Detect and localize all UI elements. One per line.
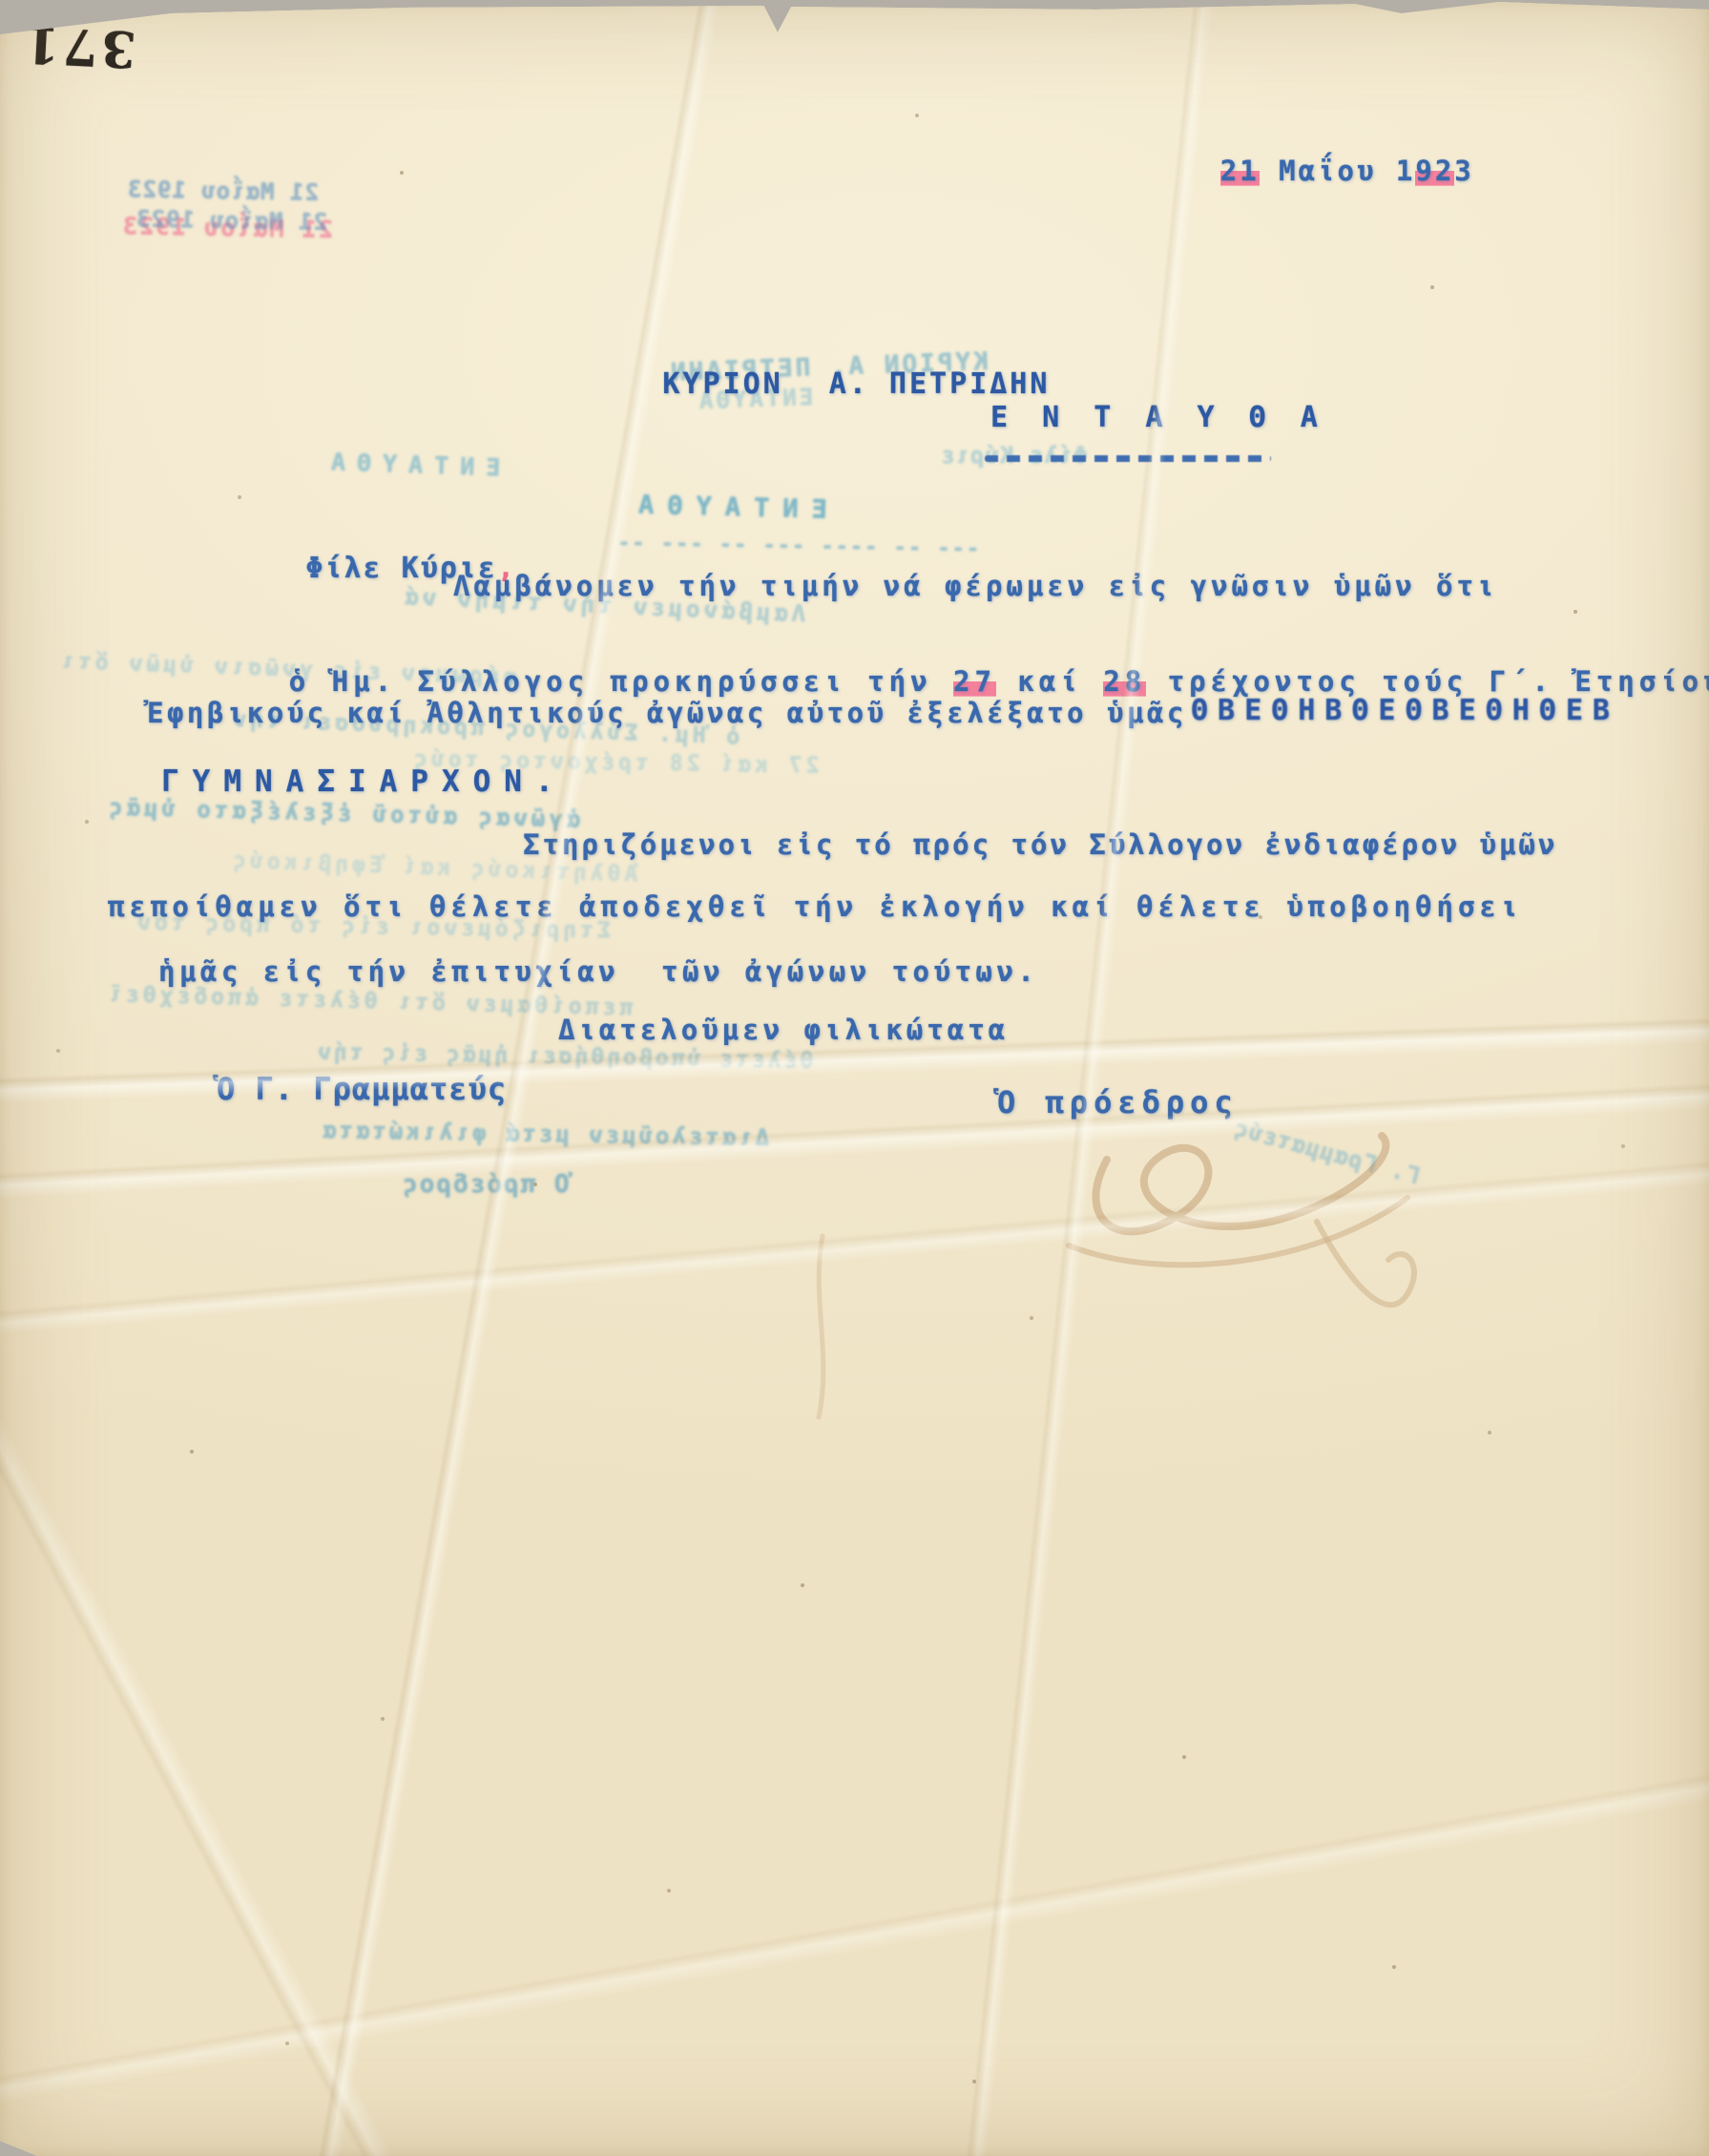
body-line-1: Λαμβάνομεν τήν τιμήν νά φέρωμεν εἰς γνῶσ… [453, 570, 1497, 602]
ghost-date-red: 21 Μαΐου 1923 [121, 212, 333, 243]
ghost-line: ἀγῶνας αὐτοῦ ἐξελέξατο ὑμᾶς [105, 793, 581, 832]
ghost-date-blue: 21 Μαΐου 1923 [127, 176, 319, 206]
body-line-2-pre: ὁ Ἡμ. Σύλλογος προκηρύσσει τήν [289, 665, 953, 698]
archive-number-stamp: 371 [19, 14, 137, 78]
handwritten-signature [782, 1069, 1508, 1470]
body-line-7: ἡμᾶς εἰς τήν ἐπιτυχίαν τῶν ἀγώνων τούτων… [158, 955, 1038, 988]
ghost-dashes: --- -- ---- --- -- --- -- [615, 532, 980, 562]
body-day-27: 27 [953, 665, 996, 698]
date-month: Μαΐου [1260, 155, 1396, 187]
recipient-line: ΚΥΡΙΟΝΑ. ΠΕΤΡΙΔΗΝ [542, 334, 1050, 434]
date-day: 21 [1220, 155, 1260, 187]
paper-sheet: 21 Μαΐου 1923 21 Μαΐου 1923 21 Μαΐου 192… [0, 0, 1709, 2156]
date-year-highlight: 92 [1415, 155, 1454, 187]
body-line-3: Ἐφηβικούς καί Ἀθλητικούς ἀγῶνας αὐτοῦ ἐξ… [147, 697, 1187, 729]
date-year-post: 3 [1454, 155, 1473, 187]
location-underline [985, 455, 1271, 462]
location-line: Ε Ν Τ Α Υ Θ Α [990, 401, 1326, 434]
body-line-4: ΓΥΜΝΑΣΙΑΡΧΟΝ. [161, 764, 567, 799]
ghost-date-blue-2: 21 Μαΐου 1923 [135, 205, 327, 236]
body-line-2-mid: καί [996, 665, 1103, 698]
signature-secretary-label: Ὁ Γ. Γραμματεύς [217, 1071, 507, 1107]
salutation-line: Φίλε Κύριε, [191, 518, 516, 618]
document-scan: 21 Μαΐου 1923 21 Μαΐου 1923 21 Μαΐου 192… [0, 0, 1709, 2156]
body-line-5: Στηριζόμενοι εἰς τό πρός τόν Σύλλογον ἐν… [523, 828, 1557, 861]
ghost-entautha-c: ΕΝΤΑΥΘΑ [625, 490, 828, 525]
date-line: 21 Μαΐου 1923 [1103, 122, 1474, 220]
body-line-2-post: τρέχοντος τούς Γ΄. Ἐτησίους [1146, 665, 1709, 698]
paper-speckles [0, 0, 2, 2]
body-line-6: πεποίθαμεν ὅτι θέλετε ἀποδεχθεῖ τήν ἐκλο… [108, 890, 1522, 923]
ghost-president: Ὁ πρόεδρος [401, 1170, 570, 1199]
recipient-title: ΚΥΡΙΟΝ [662, 367, 782, 401]
ghost-closing: Διατελοῦμεν μετά φιλικώτατα [320, 1117, 770, 1151]
recipient-name: Α. ΠΕΤΡΙΔΗΝ [829, 367, 1051, 401]
body-day-28: 28 [1103, 665, 1146, 698]
ghost-entautha-b: ΕΝΤΑΥΘΑ [320, 448, 501, 482]
overstruck-text: ΘΒΕΘΗΒΘΕΘΒΕΘΗΘΕΒ [1191, 694, 1619, 727]
closing-line: Διατελοῦμεν φιλικώτατα [558, 1014, 1009, 1046]
date-year-pre: 1 [1396, 155, 1415, 187]
